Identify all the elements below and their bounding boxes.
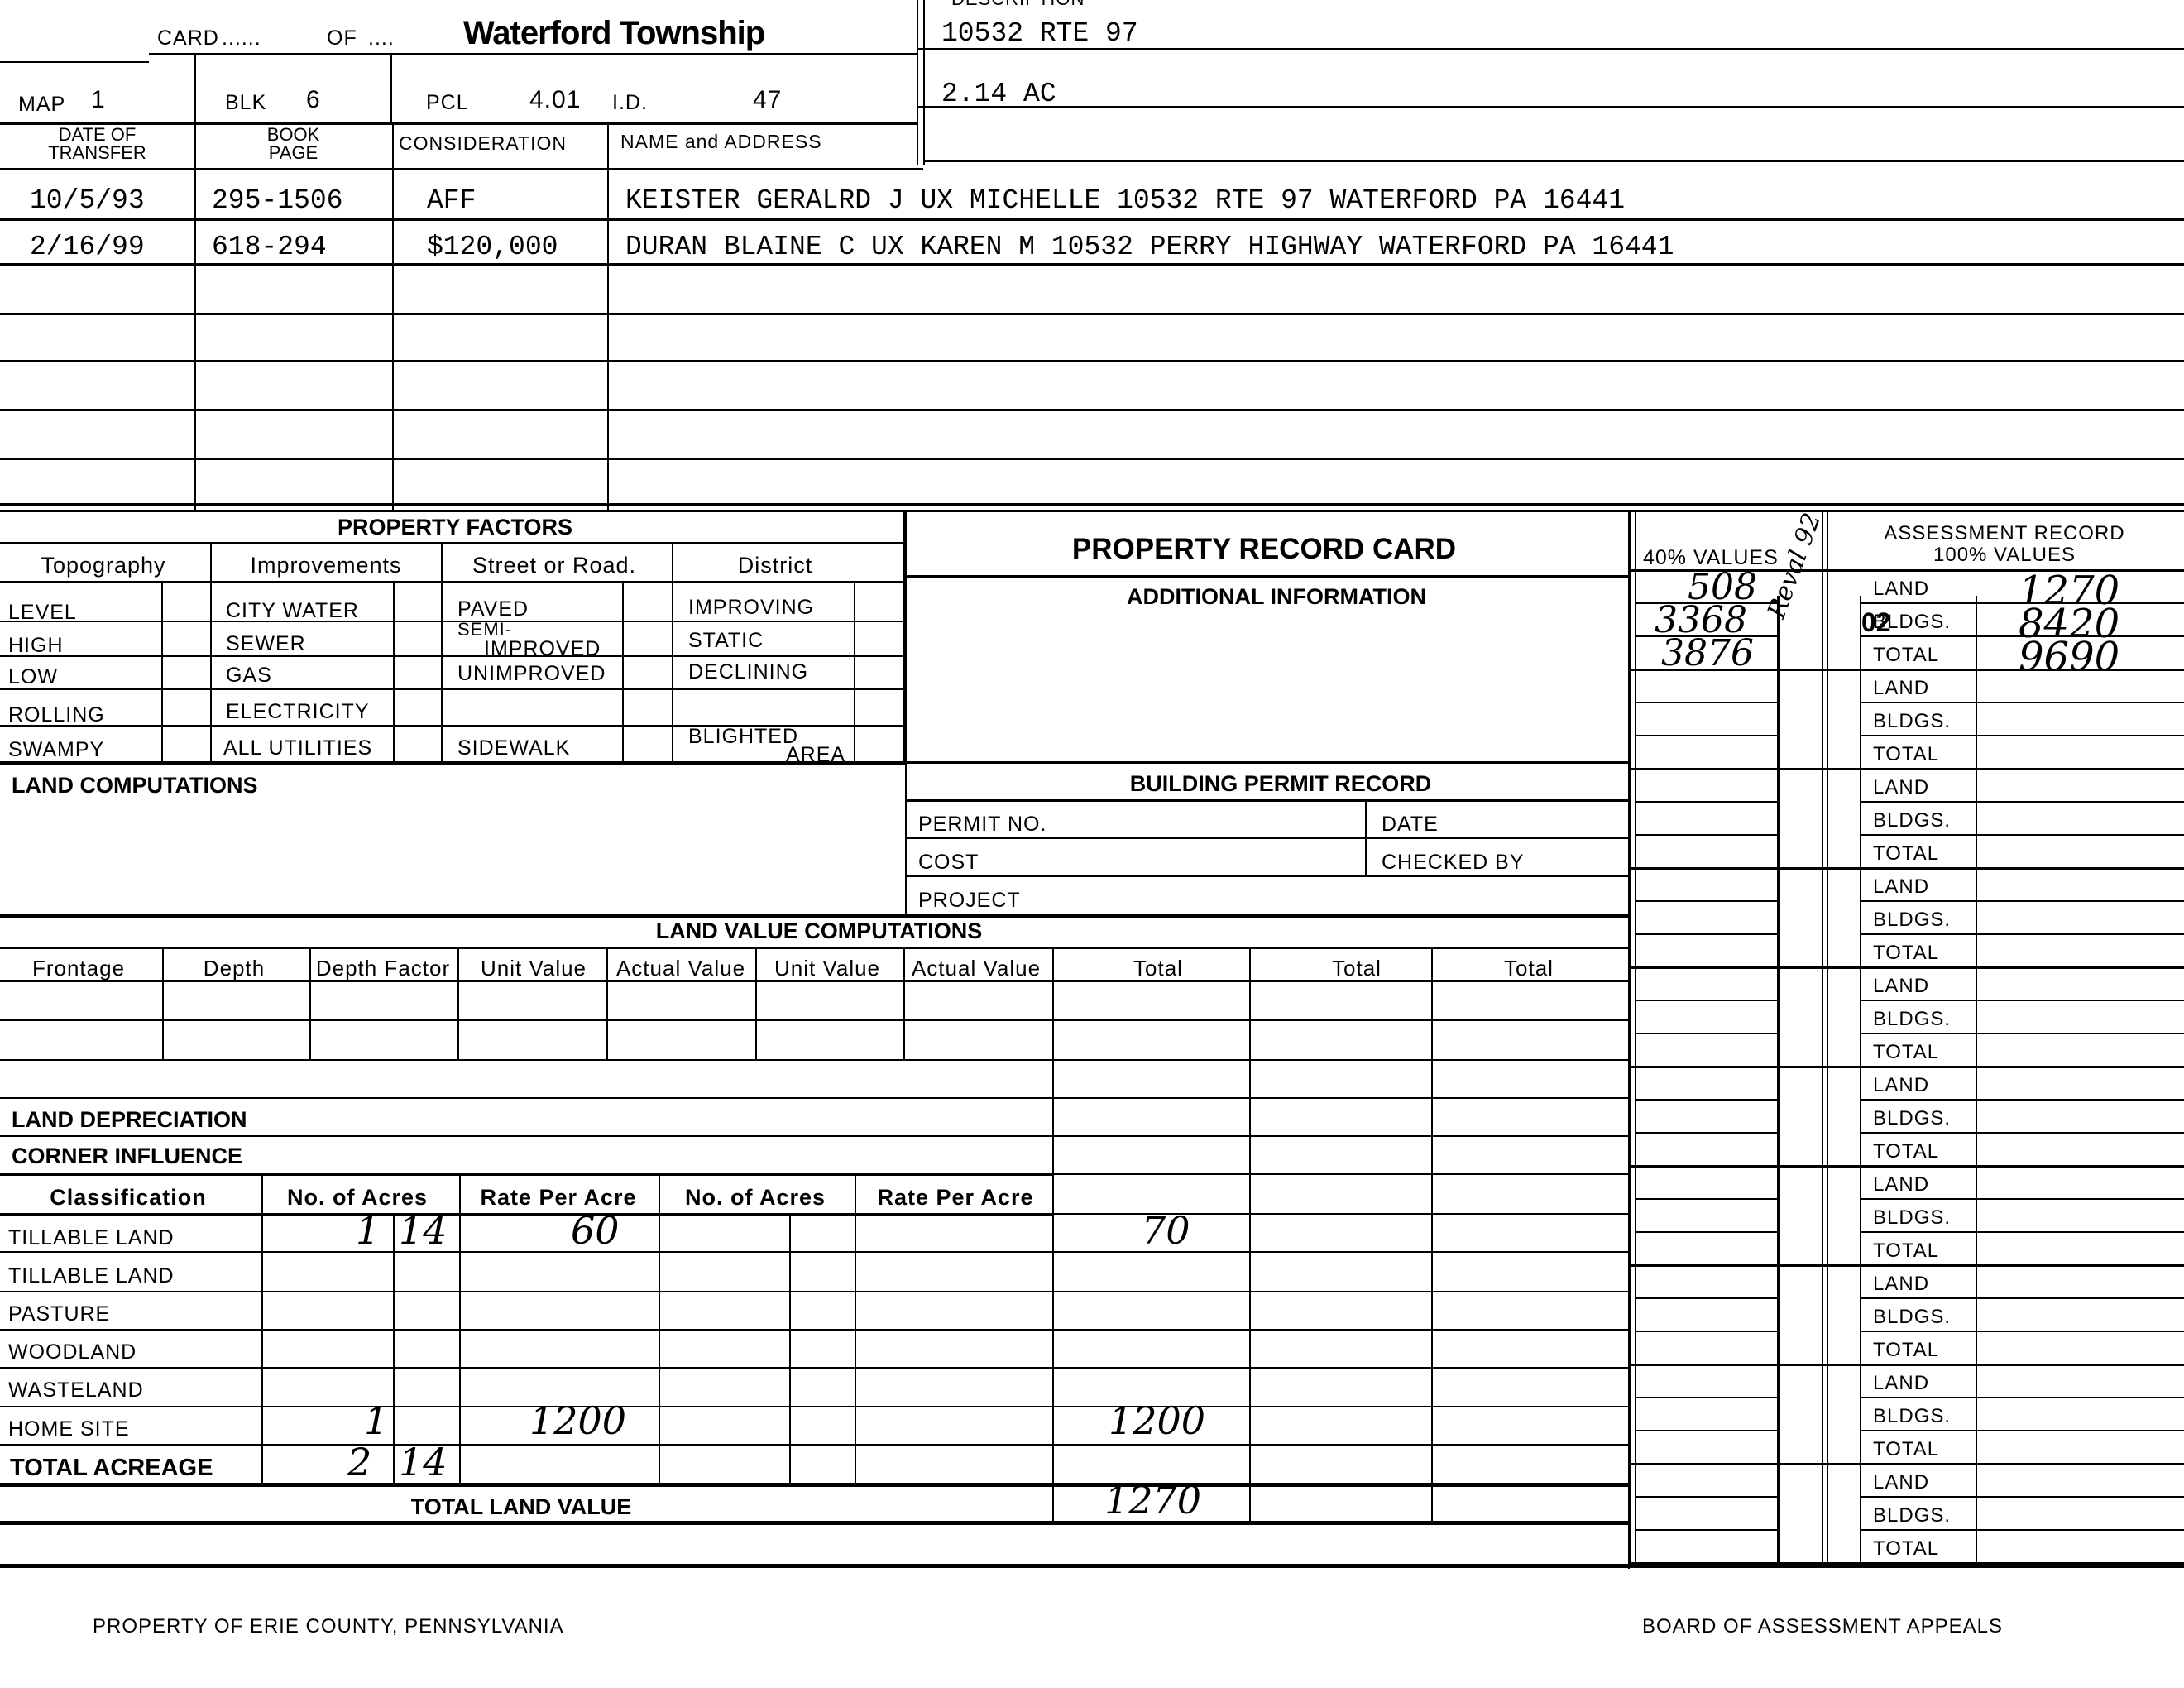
assessment-row-label: LAND [1873,578,1929,601]
assessment-row-label: TOTAL [1873,842,1939,866]
assessment-row-label: TOTAL [1873,1537,1939,1561]
assessment-row-label: BLDGS. [1873,809,1951,832]
permit-project-label[interactable]: PROJECT [918,889,1021,913]
total-acreage-whole: 2 [347,1440,371,1484]
id-label: I.D. [612,91,648,115]
header-topography: Topography [41,553,165,578]
map-label: MAP [18,93,65,117]
property-factors-title: PROPERTY FACTORS [338,515,572,540]
cls-label: TILLABLE LAND [8,1226,175,1250]
lv-header-actual-value: Actual Value [616,956,745,981]
permit-checked-by-label[interactable]: CHECKED BY [1382,851,1525,875]
lv-header-unit-value-2: Unit Value [774,956,880,981]
assessment-row-label: BLDGS. [1873,1306,1951,1329]
permit-cost-label[interactable]: COST [918,851,979,875]
permit-no-label[interactable]: PERMIT NO. [918,813,1046,837]
transfer-name-address: DURAN BLAINE C UX KAREN M 10532 PERRY HI… [625,232,1674,262]
street-sidewalk: SIDEWALK [457,736,570,760]
cls-header-acres-2: No. of Acres [685,1185,826,1211]
assessment-row-label: TOTAL [1873,743,1939,766]
id-value: 47 [753,86,782,114]
blk-value: 6 [306,86,321,114]
district-declining: DECLINING [688,660,808,684]
footer-board: BOARD OF ASSESSMENT APPEALS [1642,1615,2003,1638]
lv-header-total-3: Total [1504,956,1554,981]
cls-rate: 1200 [529,1398,626,1443]
cls-label: WOODLAND [8,1340,136,1364]
district-blighted: BLIGHTED [688,725,798,749]
street-improved: IMPROVED [484,637,601,661]
description-label: DESCRIPTION [951,0,1085,10]
pcl-label: PCL [426,91,469,115]
transfer-book-page: 618-294 [212,232,327,262]
of-dots: .... [368,26,395,50]
topo-swampy: SWAMPY [8,738,104,762]
transfer-name-address: KEISTER GERALRD J UX MICHELLE 10532 RTE … [625,185,1625,216]
district-static: STATIC [688,629,764,653]
total-land-value: 1270 [1104,1478,1201,1523]
transfer-consideration: AFF [427,185,476,216]
description-line-2: 2.14 AC [941,79,1056,109]
col-book-line1: BOOK [196,126,390,144]
impr-sewer: SEWER [226,632,306,656]
street-unimproved: UNIMPROVED [457,662,606,686]
assessment-row-label: BLDGS. [1873,1504,1951,1527]
assessment-row-label: TOTAL [1873,942,1939,965]
assessment-row-label: LAND [1873,1074,1929,1097]
lv-header-depth: Depth [204,956,265,981]
assessment-row-label: BLDGS. [1873,909,1951,932]
cls-header-classification: Classification [50,1185,207,1211]
transfer-date: 2/16/99 [30,232,145,262]
lv-header-depth-factor: Depth Factor [316,956,450,981]
transfer-consideration: $120,000 [427,232,558,262]
assessment-row-label: TOTAL [1873,1339,1939,1362]
assessment-title: ASSESSMENT RECORD [1827,523,2182,544]
district-improving: IMPROVING [688,596,814,620]
header-improvements: Improvements [250,553,401,578]
total-acreage-label: TOTAL ACREAGE [10,1455,213,1482]
assessment-row-label: TOTAL [1873,1240,1939,1263]
corner-influence-label: CORNER INFLUENCE [12,1144,242,1169]
impr-electricity: ELECTRICITY [226,700,370,724]
impr-gas: GAS [226,664,272,688]
assessment-row-label: LAND [1873,1372,1929,1395]
lv-header-frontage: Frontage [32,956,125,981]
cls-header-rate-2: Rate Per Acre [877,1185,1033,1211]
cls-header-rate: Rate Per Acre [480,1185,636,1211]
total-land-value-label: TOTAL LAND VALUE [411,1494,632,1520]
land-computations-title: LAND COMPUTATIONS [12,773,257,798]
transfer-date: 10/5/93 [30,185,145,216]
assessment-row-label: TOTAL [1873,1041,1939,1064]
description-line-1: 10532 RTE 97 [941,18,1138,49]
assessment-row-label: LAND [1873,1173,1929,1196]
assessment-row-label: TOTAL [1873,644,1939,667]
land-value-title: LAND VALUE COMPUTATIONS [656,918,982,944]
col-book-line2: PAGE [196,144,390,162]
header-street-road: Street or Road. [472,553,636,578]
cls-rate: 60 [571,1208,620,1253]
cls-label: PASTURE [8,1302,110,1326]
assessment-row-label: LAND [1873,677,1929,700]
assessment-row-label: LAND [1873,1273,1929,1296]
transfer-book-page: 295-1506 [212,185,342,216]
col-date-line2: TRANSFER [0,144,194,162]
cls-label: HOME SITE [8,1417,130,1441]
assessment-row-label: BLDGS. [1873,1008,1951,1031]
cls-acres-frac: 14 [399,1208,448,1253]
topo-high: HIGH [8,634,64,658]
impr-city-water: CITY WATER [226,599,359,623]
permit-date-label[interactable]: DATE [1382,813,1439,837]
footer-county: PROPERTY OF ERIE COUNTY, PENNSYLVANIA [93,1615,564,1638]
street-paved: PAVED [457,597,529,621]
assessment-row-label: LAND [1873,875,1929,899]
assessment-row-label: TOTAL [1873,1438,1939,1461]
district-area: AREA [786,743,845,767]
lv-header-unit-value: Unit Value [481,956,587,981]
cls-label: WASTELAND [8,1379,144,1403]
cls-acres-whole: 1 [364,1398,388,1443]
col-name-address: NAME and ADDRESS [620,131,822,153]
assessment-row-label: BLDGS. [1873,1405,1951,1428]
of-label: OF [327,26,357,50]
cls-total: 70 [1142,1208,1190,1253]
lv-header-total-1: Total [1133,956,1183,981]
assessment-row-label: BLDGS. [1873,1206,1951,1230]
township-title: Waterford Township [463,15,764,52]
record-card-title: PROPERTY RECORD CARD [1072,533,1456,566]
permit-record-title: BUILDING PERMIT RECORD [1130,771,1432,797]
assessment-row-label: LAND [1873,776,1929,799]
cls-acres-whole: 1 [356,1208,380,1253]
cls-header-acres: No. of Acres [287,1185,428,1211]
header-district: District [738,553,813,578]
additional-info-title: ADDITIONAL INFORMATION [1127,584,1426,610]
map-value: 1 [91,86,106,114]
card-dots: ...... [222,26,261,50]
topo-level: LEVEL [8,601,77,625]
blk-label: BLK [225,91,266,115]
assessment-row-label: BLDGS. [1873,611,1951,634]
topo-rolling: ROLLING [8,703,105,727]
assessment-row-label: LAND [1873,975,1929,998]
col-consideration: CONSIDERATION [399,132,567,155]
cls-total: 1200 [1109,1398,1205,1443]
assessment-row-label: BLDGS. [1873,710,1951,733]
land-depreciation-label: LAND DEPRECIATION [12,1107,247,1133]
total-acreage-frac: 14 [399,1440,448,1484]
lv-header-actual-value-2: Actual Value [912,956,1041,981]
assessment-row-label: TOTAL [1873,1140,1939,1163]
col-date-line1: DATE OF [0,126,194,144]
assessment-row-label: LAND [1873,1471,1929,1494]
pcl-value: 4.01 [529,86,581,114]
assessment-total-value: 9690 [2019,634,2119,680]
assessment-subtitle: 100% VALUES [1827,544,2182,566]
topo-low: LOW [8,665,58,689]
lv-header-total-2: Total [1332,956,1382,981]
impr-all-utilities: ALL UTILITIES [223,736,372,760]
card-label: CARD [157,26,219,50]
cls-label: TILLABLE LAND [8,1264,175,1288]
assessment-row-label: BLDGS. [1873,1107,1951,1130]
